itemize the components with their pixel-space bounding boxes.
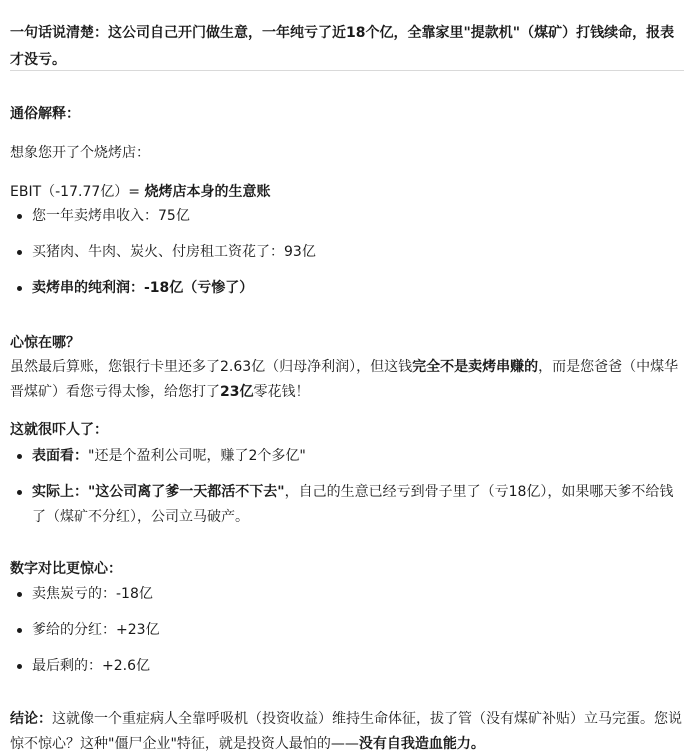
list-item: 最后剩的：+2.6亿 xyxy=(10,654,682,678)
bullet-icon xyxy=(17,490,22,495)
conclusion-paragraph: 结论：这就像一个重症病人全靠呼吸机（投资收益）维持生命体征，拔了管（没有煤矿补贴… xyxy=(10,707,682,751)
shock-paragraph: 虽然最后算账，您银行卡里还多了2.63亿（归母净利润），但这钱完全不是卖烤串赚的… xyxy=(10,355,682,405)
bullet-icon xyxy=(17,286,22,291)
bullet-icon xyxy=(17,628,22,633)
list-item: 卖焦炭亏的：-18亿 xyxy=(10,582,682,606)
ebit-line: EBIT（-17.77亿）= 烧烤店本身的生意账 xyxy=(10,180,270,204)
summary-paragraph: 一句话说清楚：这公司自己开门做生意，一年纯亏了近18个亿，全靠家里"提款机"（煤… xyxy=(10,20,682,74)
bullet-icon xyxy=(17,592,22,597)
explain-list: 您一年卖烤串收入：75亿 买猪肉、牛肉、炭火、付房租工资花了：93亿 卖烤串的纯… xyxy=(10,204,682,300)
divider xyxy=(10,70,684,71)
compare-list: 卖焦炭亏的：-18亿 爹给的分红：+23亿 最后剩的：+2.6亿 xyxy=(10,582,682,678)
explain-intro: 想象您开了个烧烤店： xyxy=(10,141,150,165)
list-item: 爹给的分红：+23亿 xyxy=(10,618,682,642)
summary-text: 这公司自己开门做生意，一年纯亏了近18个亿，全靠家里"提款机"（煤矿）打钱续命，… xyxy=(10,25,674,68)
list-item: 卖烤串的纯利润：-18亿（亏惨了） xyxy=(10,276,682,300)
list-item: 实际上："这公司离了爹一天都活不下去"，自己的生意已经亏到骨子里了（亏18亿），… xyxy=(10,480,682,530)
list-item: 您一年卖烤串收入：75亿 xyxy=(10,204,682,228)
scary-heading: 这就很吓人了： xyxy=(10,418,108,442)
list-item: 买猪肉、牛肉、炭火、付房租工资花了：93亿 xyxy=(10,240,682,264)
bullet-icon xyxy=(17,664,22,669)
shock-heading: 心惊在哪？ xyxy=(10,331,80,355)
summary-label: 一句话说清楚： xyxy=(10,25,108,41)
ebit-bold: 烧烤店本身的生意账 xyxy=(144,184,270,200)
explain-heading: 通俗解释： xyxy=(10,102,80,126)
ebit-prefix: EBIT（-17.77亿）= xyxy=(10,184,140,200)
compare-heading: 数字对比更惊心： xyxy=(10,557,122,581)
bullet-icon xyxy=(17,214,22,219)
bullet-icon xyxy=(17,250,22,255)
scary-list: 表面看："还是个盈利公司呢，赚了2个多亿" 实际上："这公司离了爹一天都活不下去… xyxy=(10,444,682,530)
list-item: 表面看："还是个盈利公司呢，赚了2个多亿" xyxy=(10,444,682,469)
bullet-icon xyxy=(17,454,22,459)
